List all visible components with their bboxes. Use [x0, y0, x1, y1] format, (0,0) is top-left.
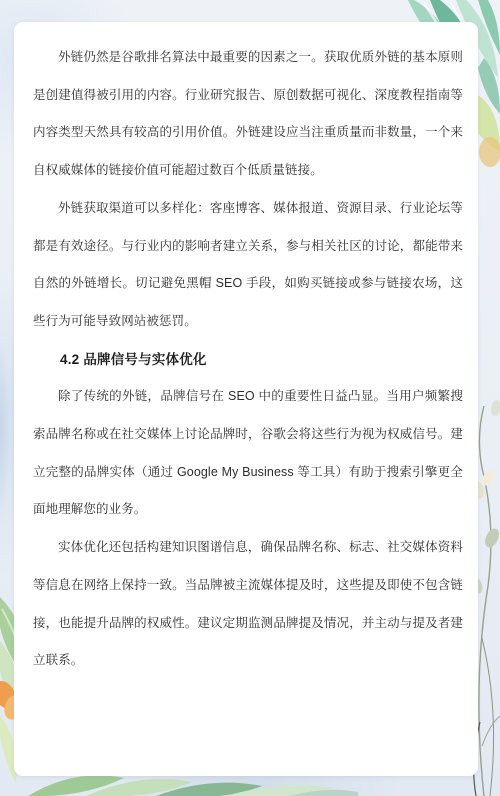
paragraph: 外链仍然是谷歌排名算法中最重要的因素之一。获取优质外链的基本原则是创建值得被引用…	[33, 39, 463, 190]
document-body: 外链仍然是谷歌排名算法中最重要的因素之一。获取优质外链的基本原则是创建值得被引用…	[14, 22, 478, 680]
section-heading: 4.2 品牌信号与实体优化	[33, 341, 463, 379]
document-card: 外链仍然是谷歌排名算法中最重要的因素之一。获取优质外链的基本原则是创建值得被引用…	[14, 22, 478, 776]
page-background: { "page": { "background_top_color": "#ee…	[0, 0, 500, 796]
paragraph: 实体优化还包括构建知识图谱信息，确保品牌名称、标志、社交媒体资料等信息在网络上保…	[33, 529, 463, 680]
paragraph: 除了传统的外链，品牌信号在 SEO 中的重要性日益凸显。当用户频繁搜索品牌名称或…	[33, 378, 463, 529]
paragraph: 外链获取渠道可以多样化：客座博客、媒体报道、资源目录、行业论坛等都是有效途径。与…	[33, 190, 463, 341]
